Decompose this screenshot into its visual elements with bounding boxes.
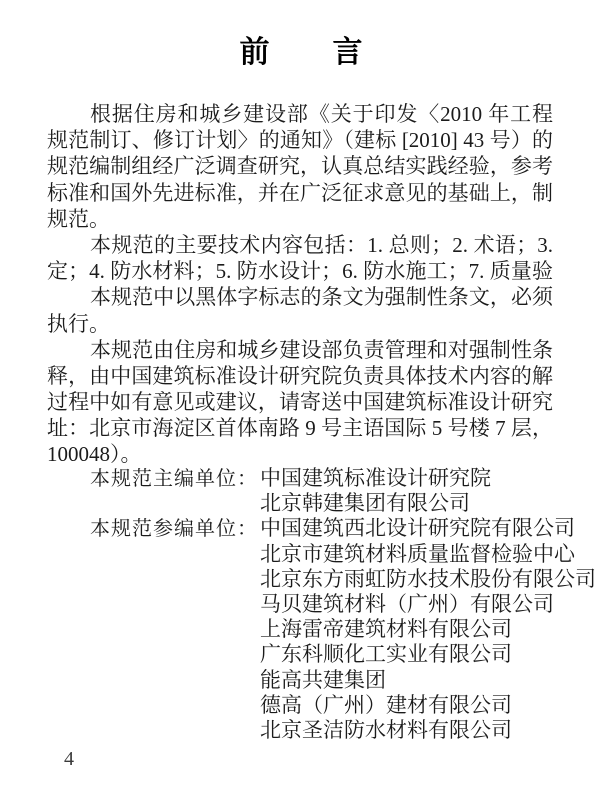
text-line: 100048）。 <box>47 441 553 467</box>
editor-list: 本规范主编单位：中国建筑标准设计研究院北京韩建集团有限公司本规范参编单位：中国建… <box>47 466 587 743</box>
editor-unit: 北京圣洁防水材料有限公司 <box>260 718 512 743</box>
editor-row: 北京圣洁防水材料有限公司 <box>47 718 587 743</box>
editor-row: 本规范主编单位：中国建筑标准设计研究院 <box>47 466 587 491</box>
editor-row: 北京韩建集团有限公司 <box>47 491 587 516</box>
editor-row: 马贝建筑材料（广州）有限公司 <box>47 592 587 617</box>
text-line: 标准和国外先进标准，并在广泛征求意见的基础上，制定本 <box>47 180 553 206</box>
text-line: 根据住房和城乡建设部《关于印发〈2010 年工程建设标准 <box>47 101 553 127</box>
text-line: 释，由中国建筑标准设计研究院负责具体技术内容的解释。执行 <box>47 363 553 389</box>
editor-unit: 德高（广州）建材有限公司 <box>260 693 512 718</box>
editor-row: 本规范参编单位：中国建筑西北设计研究院有限公司 <box>47 516 587 541</box>
text-line: 规范编制组经广泛调查研究，认真总结实践经验，参考有关国际 <box>47 153 553 179</box>
editor-unit: 北京市建筑材料质量监督检验中心 <box>260 542 575 567</box>
text-line: 定；4. 防水材料；5. 防水设计；6. 防水施工；7. 质量验收。 <box>47 258 553 284</box>
text-line: 执行。 <box>47 311 553 337</box>
text-line: 过程中如有意见或建议，请寄送中国建筑标准设计研究院（地 <box>47 389 553 415</box>
editor-row: 广东科顺化工实业有限公司 <box>47 642 587 667</box>
editor-unit: 广东科顺化工实业有限公司 <box>260 642 512 667</box>
document-page: 前 言 根据住房和城乡建设部《关于印发〈2010 年工程建设标准规范制订、修订计… <box>0 0 603 792</box>
editor-unit: 能高共建集团 <box>260 668 386 693</box>
editor-row: 能高共建集团 <box>47 668 587 693</box>
editor-label: 本规范参编单位： <box>90 517 260 542</box>
editor-unit: 北京东方雨虹防水技术股份有限公司 <box>260 567 596 592</box>
text-line: 址：北京市海淀区首体南路 9 号主语国际 5 号楼 7 层，邮编： <box>47 415 553 441</box>
page-title: 前 言 <box>0 37 603 69</box>
editor-unit: 中国建筑标准设计研究院 <box>260 466 491 491</box>
editor-unit: 中国建筑西北设计研究院有限公司 <box>260 516 575 541</box>
editor-row: 北京东方雨虹防水技术股份有限公司 <box>47 567 587 592</box>
editor-unit: 上海雷帝建筑材料有限公司 <box>260 617 512 642</box>
page-number: 4 <box>64 746 74 772</box>
text-line: 本规范由住房和城乡建设部负责管理和对强制性条文的解 <box>47 337 553 363</box>
text-line: 规范制订、修订计划〉的通知》（建标 [2010] 43 号）的要求， <box>47 127 553 153</box>
editor-row: 上海雷帝建筑材料有限公司 <box>47 617 587 642</box>
editor-row: 德高（广州）建材有限公司 <box>47 693 587 718</box>
text-line: 规范。 <box>47 206 553 232</box>
text-line: 本规范的主要技术内容包括：1. 总则；2. 术语；3. 基本规 <box>47 232 553 258</box>
editor-unit: 北京韩建集团有限公司 <box>260 491 470 516</box>
editor-label: 本规范主编单位： <box>90 467 260 492</box>
editor-unit: 马贝建筑材料（广州）有限公司 <box>260 592 554 617</box>
foreword-body: 根据住房和城乡建设部《关于印发〈2010 年工程建设标准规范制订、修订计划〉的通… <box>47 101 553 468</box>
text-line: 本规范中以黑体字标志的条文为强制性条文，必须严格 <box>47 284 553 310</box>
editor-row: 北京市建筑材料质量监督检验中心 <box>47 542 587 567</box>
